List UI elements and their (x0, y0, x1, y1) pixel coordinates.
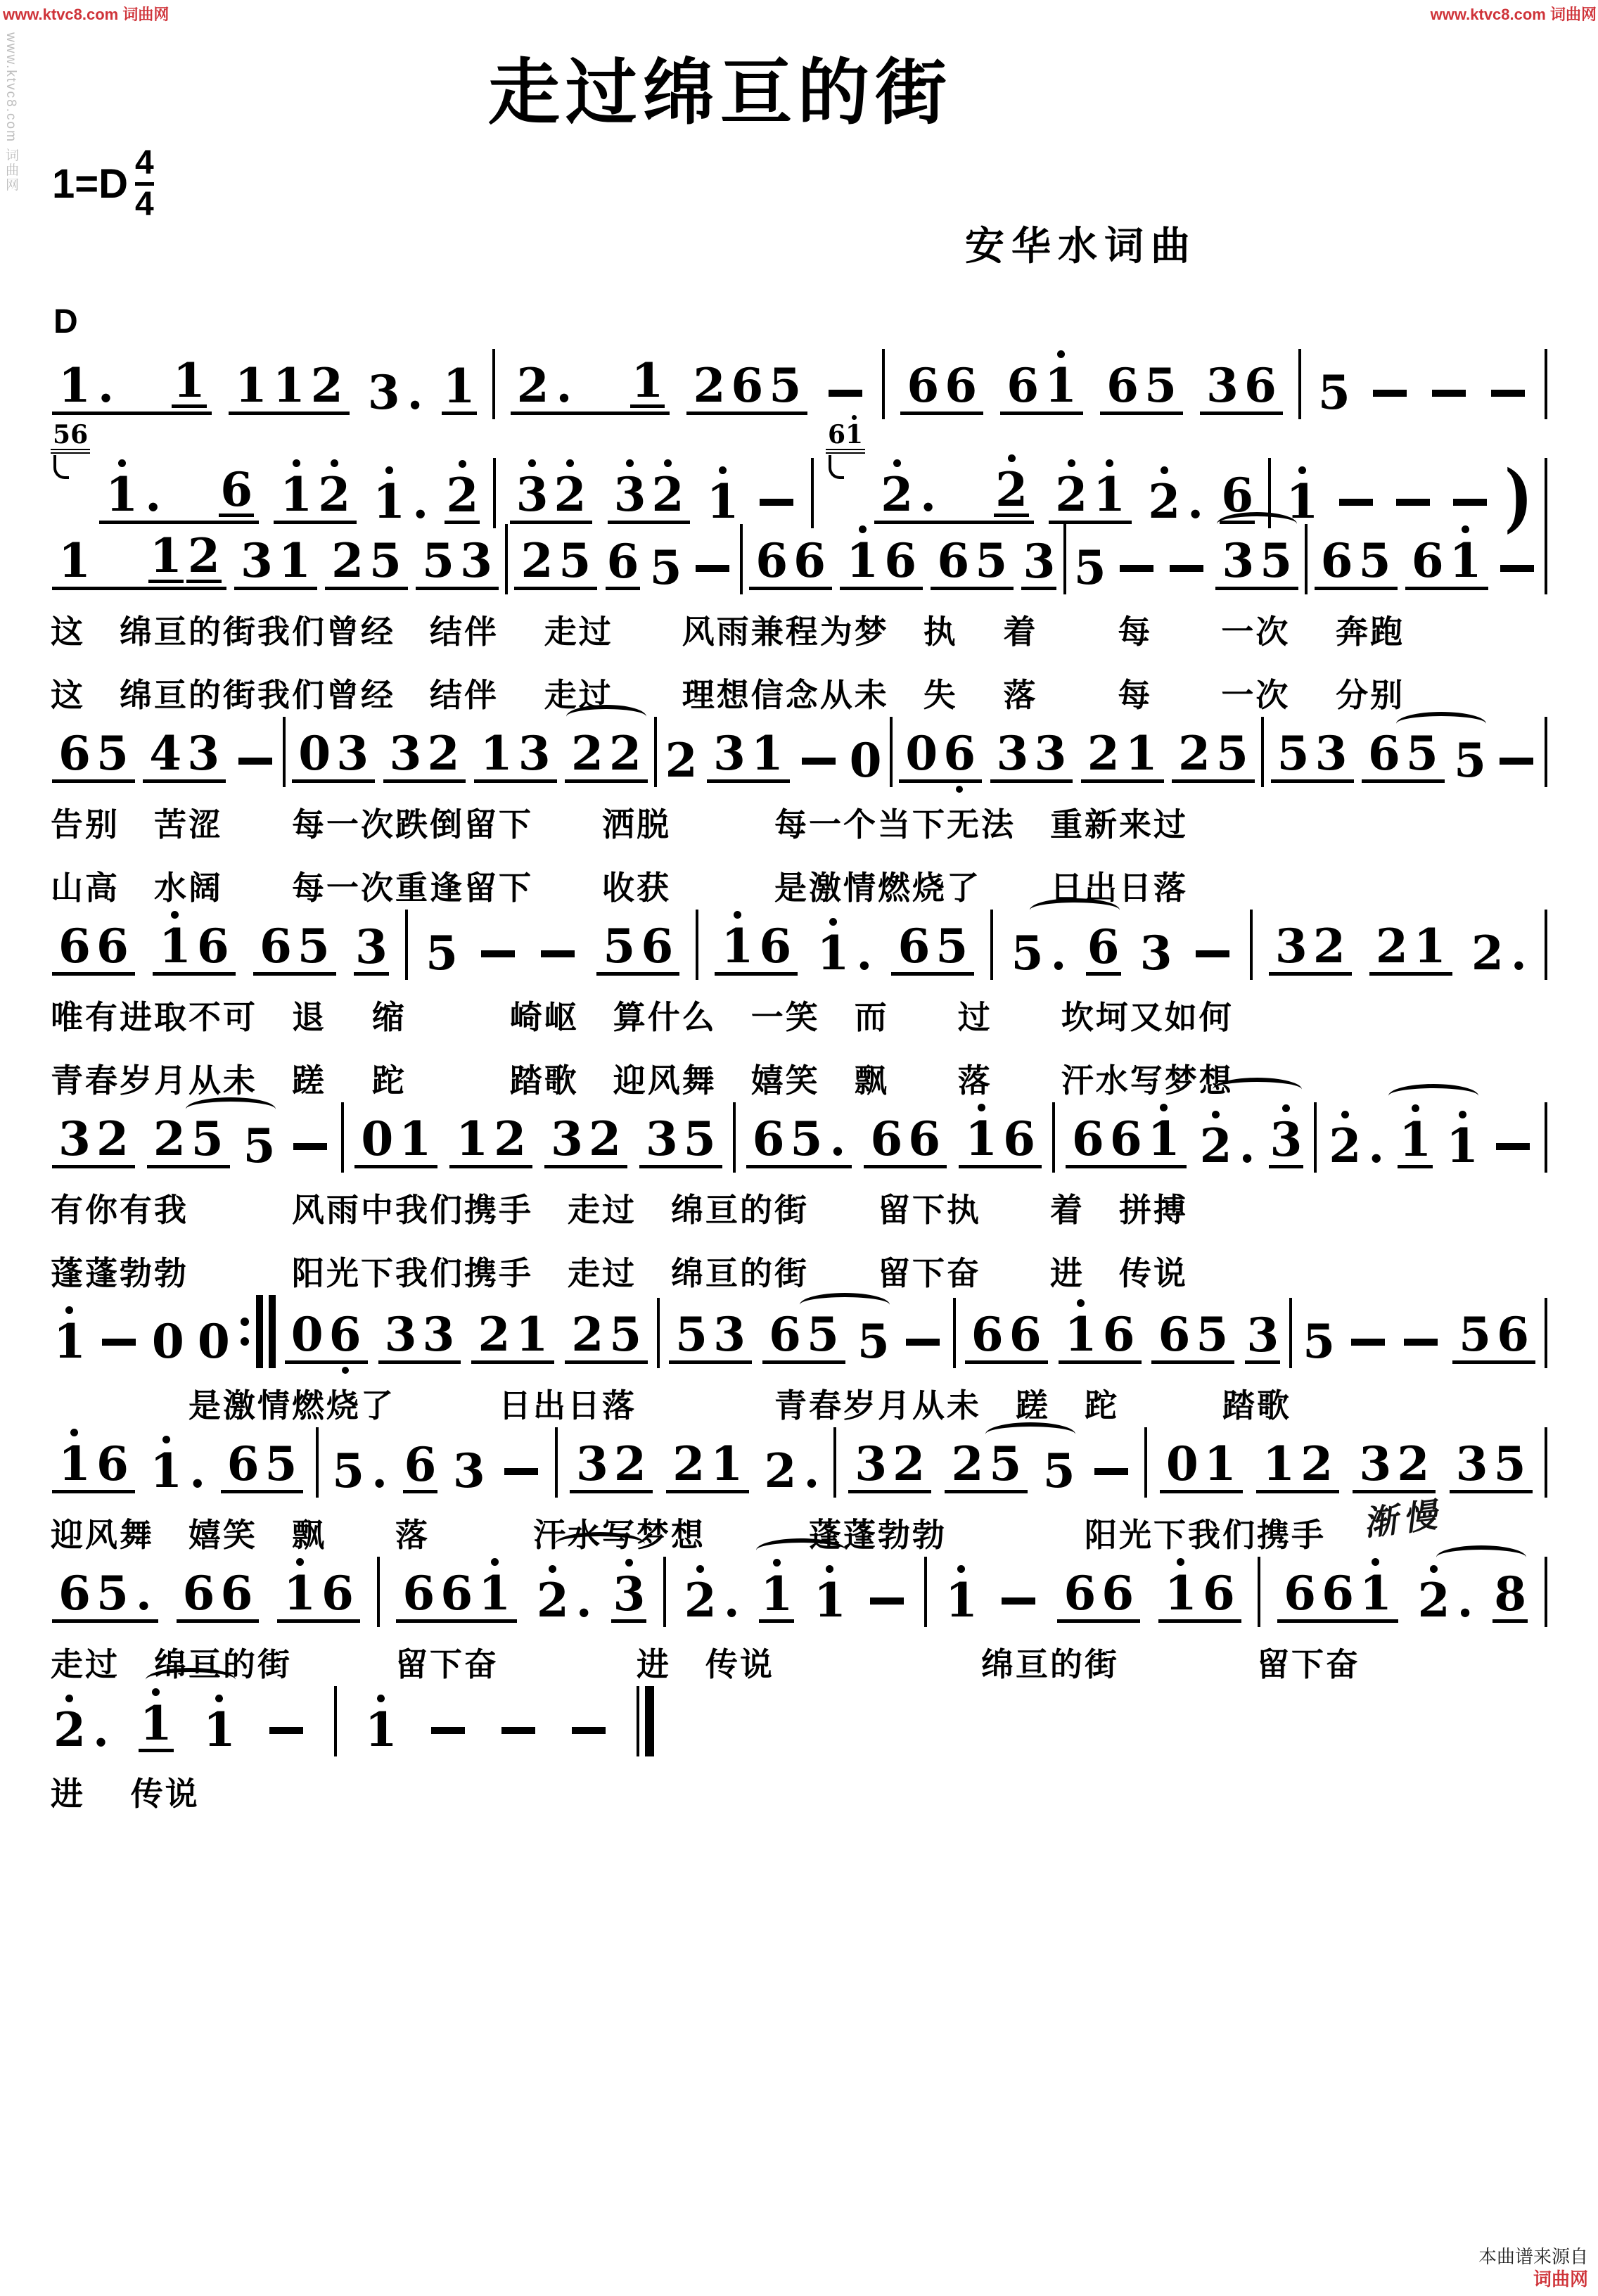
note: 6 (1108, 1117, 1144, 1161)
beamed-note-group: 16 (840, 525, 923, 590)
note-stack: 1 (709, 1442, 744, 1486)
beamed-note-group: 56 (596, 924, 679, 976)
duration-dash (696, 565, 729, 572)
note-stack: 3 (452, 1449, 487, 1493)
note: 2 (570, 732, 605, 776)
note: 5. (1010, 931, 1068, 976)
note: 6 (1002, 1117, 1037, 1161)
note-stack: 0 (297, 732, 332, 776)
note-stack: 2 (535, 1565, 570, 1623)
note-stack: 5 (264, 1442, 299, 1486)
note: 6 (57, 1571, 92, 1616)
note-digit: 5 (648, 546, 684, 590)
beamed-note-group: 25 (565, 1313, 648, 1364)
music-system: 2.111进 传说 (0, 1686, 1598, 1816)
barline (1545, 524, 1547, 594)
note-stack: 3 (1205, 364, 1240, 408)
beamed-note-group: 65 (762, 1313, 845, 1364)
duration-dash (1120, 565, 1153, 572)
note: 6 (1410, 539, 1445, 583)
note-digit: 3 (239, 539, 274, 583)
note-stack: 2 (570, 1313, 605, 1357)
note-digit: 6 (403, 1443, 438, 1487)
note-stack: 5 (1276, 732, 1311, 776)
note-digit: 5 (557, 539, 592, 583)
note: 5 (296, 924, 331, 969)
beamed-note-group: 56 (1452, 1313, 1535, 1364)
note-stack: 1 (139, 1688, 174, 1746)
octave-dot-above (1282, 1104, 1290, 1112)
note: 1 (1412, 924, 1447, 969)
note-digit: 1 (1412, 924, 1447, 969)
note: 2 (1312, 924, 1347, 969)
beamed-note-group: 06 (899, 732, 982, 783)
note-stack: 1 (364, 1695, 399, 1752)
note-stack: 1 (705, 466, 741, 524)
note-digit: 2 (95, 1117, 130, 1161)
duration-dash (1453, 499, 1487, 506)
music-system: 161.655.6332212.3225501123235迎风舞 嬉笑 飘 落 … (0, 1427, 1598, 1557)
note-stack: 5 (95, 1571, 130, 1616)
beamed-note-group: 661 (396, 1558, 517, 1623)
grace-digit: 6 (828, 422, 845, 447)
beamed-note-group: 21 (666, 1442, 749, 1493)
note-digit: 6 (896, 924, 931, 969)
note-stack: 3 (611, 1559, 646, 1616)
beamed-note-group: 35 (1450, 1442, 1533, 1493)
barline (663, 1557, 666, 1627)
note-digit: 6 (751, 1117, 786, 1161)
note: 6 (754, 539, 789, 583)
note: 2 (570, 1313, 605, 1357)
barline (696, 910, 698, 980)
note-digit: 2 (330, 539, 365, 583)
note-digit: 5 (95, 1571, 130, 1616)
note-digit: 2 (1086, 732, 1121, 776)
note-digit: 5 (1357, 539, 1393, 583)
note: 6 (1320, 1571, 1355, 1616)
augmentation-dot: . (803, 1449, 819, 1493)
note: 3 (452, 1449, 487, 1493)
note-digit: 0 (359, 1117, 395, 1161)
beamed-note-group: 661 (1066, 1104, 1187, 1168)
note-digit: 6 (1070, 1117, 1106, 1161)
grace-hook (53, 455, 69, 479)
note-digit: 3 (452, 1449, 487, 1493)
beamed-note-group: 35 (1215, 539, 1298, 590)
note: 2. (535, 1565, 594, 1623)
beamed-note-group: 03 (292, 732, 375, 783)
note-stack: 1 (812, 1565, 848, 1623)
note-digit: 1 (57, 364, 92, 408)
music-system: 65430332132223100633212553655告别 苦涩 每一次跌倒… (0, 717, 1598, 910)
note-stack: 4 (148, 732, 183, 776)
note-digit: 1 (815, 931, 850, 976)
note-stack: 5 (682, 1117, 717, 1161)
note-digit: 1 (442, 364, 477, 409)
note: 1 (1092, 459, 1127, 517)
beamed-note-group: 32 (608, 459, 691, 524)
note-stack: 3 (1274, 924, 1309, 969)
beamed-note-group: 2.1 (511, 359, 670, 415)
beamed-note-group: 12 (449, 1117, 532, 1168)
beamed-note-group: 25 (147, 1117, 230, 1168)
note-stack: 5 (421, 539, 456, 583)
note-stack: 1 (1146, 1104, 1182, 1161)
note-digit: 2 (52, 1708, 87, 1752)
note-digit: 3 (644, 1117, 679, 1161)
barline (1063, 524, 1066, 594)
note: 6 (328, 1313, 363, 1357)
note: 2 (608, 732, 643, 776)
note: 6 (907, 1117, 942, 1161)
note: 5 (805, 1313, 840, 1357)
beamed-note-group: 53 (1271, 732, 1354, 783)
note-digit: 6 (320, 1571, 355, 1616)
note: 3 (712, 732, 747, 776)
note: 6 (905, 364, 940, 408)
beamed-note-group: 265 (686, 364, 807, 415)
tempo-annotation: 渐慢 (1360, 1487, 1445, 1545)
note-digit: 0 (904, 732, 939, 776)
note-stack: 3 (853, 1442, 888, 1486)
beamed-note-group: 16 (52, 1429, 135, 1493)
note: 5 (368, 539, 403, 583)
barline (1545, 458, 1547, 528)
note-stack: 3 (1357, 1442, 1393, 1486)
note-digit: 6 (1243, 364, 1278, 408)
note: 0 (196, 1320, 231, 1364)
note: 2 (1177, 732, 1212, 776)
note: 6 (869, 1117, 904, 1161)
barline (505, 524, 508, 594)
note-digit: 2 (476, 1313, 511, 1357)
note-digit: 3 (995, 732, 1030, 776)
barline (1289, 1298, 1292, 1368)
music-system: 112312553256566166535356561这 绵亘的街我们曾经 结伴… (0, 524, 1598, 717)
beamed-note-group: 25 (1172, 732, 1255, 783)
music-line: 65430332132223100633212553655 (51, 717, 1547, 783)
note-stack: 2 (763, 1449, 798, 1493)
note-stack: 2 (570, 732, 605, 776)
lyric-row: 山高 水阔 每一次重逢留下 收获 是激情燃烧了 日出日落 (51, 866, 1547, 910)
beamed-note-group: 66 (965, 1313, 1048, 1364)
note-stack: 0 (904, 732, 939, 776)
sheet-header: 走过绵亘的街 1=D 4 4 安华水词曲 (0, 0, 1598, 331)
note: 6 (258, 924, 293, 969)
music-line: 65.66166612.32.1116616渐慢6612.8 (51, 1557, 1547, 1623)
music-system: D1.11123.12.1265666165365 (0, 349, 1598, 415)
note-stack: 1 (1412, 924, 1447, 969)
note: 6 (1101, 1313, 1137, 1357)
note-stack: 6 (907, 1117, 942, 1161)
lyric-row: 蓬蓬勃勃 阳光下我们携手 走过 绵亘的街 留下奋 进 传说 (51, 1251, 1547, 1295)
note-stack: 3 (1245, 1313, 1280, 1358)
note-digit: 1 (709, 1442, 744, 1486)
note: 5 (1194, 1313, 1229, 1357)
barline (1314, 1102, 1317, 1173)
note-stack: 1 (479, 732, 514, 776)
note-digit: 6 (401, 1571, 436, 1616)
note-stack: 6 (935, 539, 971, 583)
note-digit: 5 (1010, 931, 1045, 976)
octave-dot-above (893, 459, 901, 467)
note-digit: 6 (196, 924, 231, 969)
note-stack: 1 (1445, 1111, 1480, 1168)
note: 3 (644, 1117, 679, 1161)
note-stack: 1 (759, 1559, 794, 1616)
note-digit: 1 (52, 1320, 87, 1364)
note-stack: 2 (671, 1442, 706, 1486)
note-stack: 2 (516, 364, 551, 408)
note-stack: 3 (1314, 732, 1349, 776)
note: 2 (1086, 732, 1121, 776)
duration-dash (829, 390, 862, 397)
note-stack: 0 (151, 1320, 186, 1364)
note-digit: 6 (883, 539, 918, 583)
note-stack: 6 (792, 539, 827, 583)
note-stack: 2 (1374, 924, 1410, 969)
note: 1 (139, 1688, 174, 1752)
note-digit: 2 (994, 468, 1029, 517)
note: 2. (1198, 1111, 1257, 1168)
note-digit: 3 (354, 925, 389, 969)
octave-dot-above (859, 525, 867, 533)
note-digit: 0 (1165, 1442, 1200, 1486)
beamed-note-group: 32 (383, 732, 466, 783)
barline (924, 1557, 927, 1627)
note-stack: 2 (1177, 732, 1212, 776)
note-stack: 2 (651, 459, 686, 517)
barline (1258, 1557, 1260, 1627)
note-stack: 3 (1455, 1442, 1490, 1486)
note: 2. (516, 364, 574, 408)
augmentation-dot: . (93, 1708, 109, 1752)
note-stack: 3 (712, 1313, 747, 1357)
note-digit: 5 (264, 1442, 299, 1486)
note: 1 (479, 732, 514, 776)
note: 6 (942, 732, 977, 776)
music-line: 1.11123.12.1265666165365 (51, 349, 1547, 415)
note-stack: 2 (613, 1442, 648, 1486)
note-stack: 1 (514, 1313, 549, 1357)
beamed-note-group: 21 (471, 1313, 554, 1364)
note-digit: 5 (856, 1320, 891, 1364)
note: 5 (1042, 1449, 1077, 1493)
note: 6 (883, 539, 918, 583)
note: 6 (758, 924, 793, 969)
note-digit: 2 (317, 473, 352, 517)
note-digit: 5 (682, 1117, 717, 1161)
note-stack: 5 (648, 546, 684, 590)
note: 6 (95, 1442, 130, 1486)
note: 6 (606, 540, 641, 590)
note-stack: 5 (608, 1313, 643, 1357)
note-stack: 2 (1146, 466, 1182, 524)
note-digit: 1 (1063, 1313, 1099, 1357)
note-stack: 6 (1086, 925, 1121, 969)
note-digit: 1 (1146, 1117, 1182, 1161)
note-stack: 5 (1457, 1313, 1492, 1357)
note-digit: 6 (905, 364, 940, 408)
footer-source-text: 本曲谱来源自 (1478, 2245, 1588, 2268)
note: 6 (1367, 732, 1402, 776)
duration-dash (1432, 390, 1466, 397)
note-digit: 1 (202, 1708, 237, 1752)
note: 2 (1395, 1442, 1431, 1486)
note: 2 (613, 1442, 648, 1486)
note-stack: 1 (964, 1104, 999, 1161)
barline (953, 1298, 956, 1368)
note-stack: 6 (1002, 1117, 1037, 1161)
note-digit: 3 (712, 1313, 747, 1357)
octave-dot-above (331, 459, 338, 467)
time-signature-bottom: 4 (135, 182, 154, 222)
note-digit: 1 (1092, 473, 1127, 517)
barline (1545, 1427, 1547, 1498)
lyric-row: 告别 苦涩 每一次跌倒留下 洒脱 每一个当下无法 重新来过 (51, 803, 1547, 846)
beamed-note-group: 43 (143, 732, 226, 783)
note-stack: 6 (57, 924, 92, 969)
note: 1 (709, 1442, 744, 1486)
note-digit: 5 (1457, 1313, 1492, 1357)
note-digit: 6 (1220, 473, 1255, 518)
note-stack: 3 (239, 539, 274, 583)
beamed-note-group: 112 (52, 534, 226, 590)
note: 3 (1139, 931, 1174, 976)
note: 3 (335, 732, 370, 776)
beamed-note-group: 25 (514, 539, 597, 590)
note-stack: 6 (1201, 1571, 1236, 1616)
note-stack: 6 (1243, 364, 1278, 408)
music-line: 10006332125536556616653556 (51, 1295, 1547, 1364)
note: 0 (359, 1117, 395, 1161)
note-stack: 2 (950, 1442, 985, 1486)
note-digit: 6 (181, 1571, 217, 1616)
note: 6 (1156, 1313, 1191, 1357)
note-stack: 5 (1492, 1442, 1528, 1486)
note-stack: 6 (754, 539, 789, 583)
note-digit: 1 (1203, 1442, 1238, 1486)
note-digit: 6 (95, 1442, 130, 1486)
note-stack: 6 (196, 924, 231, 969)
note-digit: 1 (57, 1442, 92, 1486)
note: 1 (845, 525, 880, 583)
note: 1 (705, 466, 741, 524)
note-stack: 6 (1156, 1313, 1191, 1357)
note-digit: 6 (219, 1571, 254, 1616)
note: 5 (1457, 1313, 1492, 1357)
note-stack: 1 (57, 364, 92, 408)
note-digit: 2 (186, 534, 222, 583)
note: 6 (729, 364, 765, 408)
note-digit: 5 (608, 1313, 643, 1357)
music-line: 561.6121.232321612.2212.61) (51, 415, 1547, 524)
beamed-note-group: 16 (959, 1104, 1042, 1168)
note-digit: 3 (613, 473, 648, 517)
note: 6 (639, 924, 675, 969)
note-digit: 2 (879, 473, 914, 517)
note: 2. (1327, 1111, 1386, 1168)
grace-note-figure: 56 (51, 422, 90, 479)
duration-dash (504, 1468, 538, 1475)
footer-site-name: 词曲网 (1478, 2268, 1588, 2290)
note-stack: 2 (426, 732, 461, 776)
beamed-note-group: 16 (1158, 1558, 1241, 1623)
note-digit: 3 (1455, 1442, 1490, 1486)
note-stack: 1 (1043, 350, 1078, 408)
octave-dot-above (65, 1695, 73, 1702)
note-digit: 5 (789, 1117, 824, 1161)
note-digit: 3 (1269, 1118, 1304, 1162)
grace-digit: 1 (845, 422, 863, 447)
note-stack: 5 (805, 1313, 840, 1357)
note-digit: 6 (258, 924, 293, 969)
note-digit: 3 (57, 1117, 92, 1161)
note-digit: 5 (1317, 371, 1352, 415)
beamed-note-group: 1.6 (99, 459, 259, 524)
barline (654, 717, 657, 787)
note-stack: 6 (606, 540, 641, 584)
note-stack: 6 (181, 1571, 217, 1616)
note: 3 (1245, 1313, 1280, 1364)
note-digit: 6 (792, 539, 827, 583)
note-digit: 5 (424, 931, 459, 976)
note: 2 (152, 1117, 187, 1161)
note-stack: 5 (1301, 1320, 1336, 1364)
thick-bar (645, 1686, 654, 1756)
note-stack: 6 (942, 732, 977, 776)
note-digit: 6 (1282, 1571, 1317, 1616)
note: 1 (1163, 1558, 1198, 1616)
beamed-note-group: 66 (749, 539, 832, 590)
beamed-note-group: 66 (52, 924, 135, 976)
note-digit: 0 (196, 1320, 231, 1364)
music-line: 322550112323565.66166612.32.11 (51, 1102, 1547, 1168)
note-stack: 6 (1105, 364, 1140, 408)
note-digit: 1 (454, 1117, 490, 1161)
note: 5 (190, 1117, 225, 1161)
note-stack: 3 (1139, 931, 1174, 976)
music-systems: D1.11123.12.1265666165365561.6121.232321… (0, 349, 1598, 1816)
duration-dash (1170, 565, 1203, 572)
note-stack: 2 (152, 1117, 187, 1161)
note: 1 (1358, 1558, 1393, 1616)
note: 6 (1319, 539, 1355, 583)
barline (657, 1298, 660, 1368)
note-stack: 2 (519, 539, 554, 583)
note-stack: 6 (1101, 1313, 1137, 1357)
note-digit: 0 (848, 739, 883, 783)
note-digit: 2 (1054, 473, 1089, 517)
note-digit: 3 (1139, 931, 1174, 976)
duration-dash (1351, 1339, 1385, 1346)
note-stack: 2 (309, 364, 345, 408)
note-stack: 6 (403, 1443, 438, 1487)
note-stack: 6 (751, 1117, 786, 1161)
barline (1545, 1298, 1547, 1368)
octave-dot-above (1212, 1111, 1220, 1118)
barline (811, 458, 814, 528)
note: 5 (1452, 739, 1488, 783)
barline (1261, 717, 1264, 787)
grace-note-figure: 61 (826, 415, 865, 479)
note: 5 (648, 546, 684, 590)
note: 3 (515, 459, 550, 517)
note-stack: 1 (845, 525, 880, 583)
song-title: 走过绵亘的街 (0, 53, 1519, 132)
beamed-note-group: 31 (707, 732, 790, 783)
